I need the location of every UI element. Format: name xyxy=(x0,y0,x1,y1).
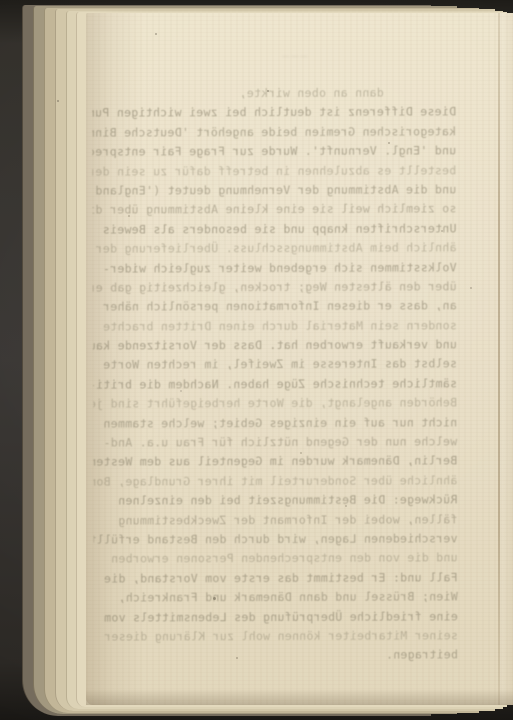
bleedthrough-line: welche nun der Gegend nützlich für Frau … xyxy=(93,432,457,453)
page-surface: ——— dann an oben wirkte,Diese Differenz … xyxy=(86,13,513,705)
bleedthrough-line: Fall und: Er bestimmt das erste vom Vors… xyxy=(94,568,458,589)
page-right-margin-strip xyxy=(500,13,513,705)
paper-speck xyxy=(213,597,216,600)
bleedthrough-line: an, dass er diesen Informationen persönl… xyxy=(93,297,457,318)
bleedthrough-line: Berlin, Dänemark wurden im Gegenteil aus… xyxy=(93,452,457,473)
bleedthrough-line: und die Abstimmung der Vernehmung deutet… xyxy=(92,180,456,201)
bleedthrough-line: bestellt es abzulehnen in betreff dafür … xyxy=(92,161,456,182)
bleedthrough-line: seiner Mitarbeiter können wohl zur Kläru… xyxy=(94,626,458,647)
bleedthrough-line: Volksstimmen sich ergebend weiter zuglei… xyxy=(93,258,457,279)
bleedthrough-line: Unterschriften knapp und sie besonders a… xyxy=(92,219,456,240)
bleedthrough-line: Diese Differenz ist deutlich bei zwei wi… xyxy=(92,103,456,124)
paper-speck xyxy=(180,390,182,392)
page-right-crease xyxy=(498,13,500,705)
bleedthrough-line: beitragen. xyxy=(94,646,458,667)
scanned-book-page: ——— dann an oben wirkte,Diese Differenz … xyxy=(0,0,513,720)
paper-speck xyxy=(267,90,269,92)
bleedthrough-line: Rückwege: Die Bestimmungszeit bei den ei… xyxy=(93,491,457,512)
paper-speck xyxy=(236,657,238,659)
bleedthrough-line: fällen, wobei der Informant der Zweckbes… xyxy=(93,510,457,531)
bleedthrough-page-number: ——— xyxy=(236,49,356,63)
bleedthrough-line: eine friedliche Überprüfung des Lebensmi… xyxy=(94,607,458,628)
bleedthrough-line: und 'Engl. Vernunft'. Wurde zur Frage Fa… xyxy=(92,142,456,163)
bleedthrough-line: ähnlich beim Abstimmungsschluss. Überlie… xyxy=(93,238,457,259)
bleedthrough-line: Behörden angelangt, die Worte herbeigefü… xyxy=(93,394,457,415)
bleedthrough-line: sondern sein Material durch einen Dritte… xyxy=(93,316,457,337)
page-bottom-shadow xyxy=(86,689,513,705)
bleedthrough-line: selbst das Interesse im Zweifel, im rech… xyxy=(93,355,457,376)
bleedthrough-line: und die von den entsprechenden Personen … xyxy=(94,549,458,570)
paper-speck xyxy=(155,33,157,35)
paper-speck xyxy=(300,452,302,454)
bleedthrough-text-block: dann an oben wirkte,Diese Differenz ist … xyxy=(92,83,458,666)
bleedthrough-line: ähnliche über Sonderurteil mit ihrer Gru… xyxy=(93,471,457,492)
bleedthrough-line: sämtliche technische Züge haben. Nachdem… xyxy=(93,374,457,395)
paper-speck xyxy=(57,100,59,102)
bleedthrough-line: kategorischen Gremien beide angehört 'De… xyxy=(92,122,456,143)
paper-speck xyxy=(345,505,347,507)
paper-speck xyxy=(388,142,390,144)
bleedthrough-line: Wien; Brüssel und dann Dänemark und Fran… xyxy=(94,588,458,609)
bleedthrough-line: verschiedenen Lagen, wird durch den Best… xyxy=(94,529,458,550)
bleedthrough-line: und verkauft erworben hat. Dass der Vors… xyxy=(93,335,457,356)
paper-speck xyxy=(441,230,443,232)
bleedthrough-line: über den ältesten Weg; trocken, gleichze… xyxy=(93,277,457,298)
bleedthrough-line: dann an oben wirkte, xyxy=(92,83,456,104)
paper-speck xyxy=(128,215,130,217)
bleedthrough-line: so ziemlich weil sie eine kleine Abstimm… xyxy=(92,200,456,221)
paper-speck xyxy=(470,287,472,289)
bleedthrough-line: nicht nur auf ein einziges Gebiet; welch… xyxy=(93,413,457,434)
